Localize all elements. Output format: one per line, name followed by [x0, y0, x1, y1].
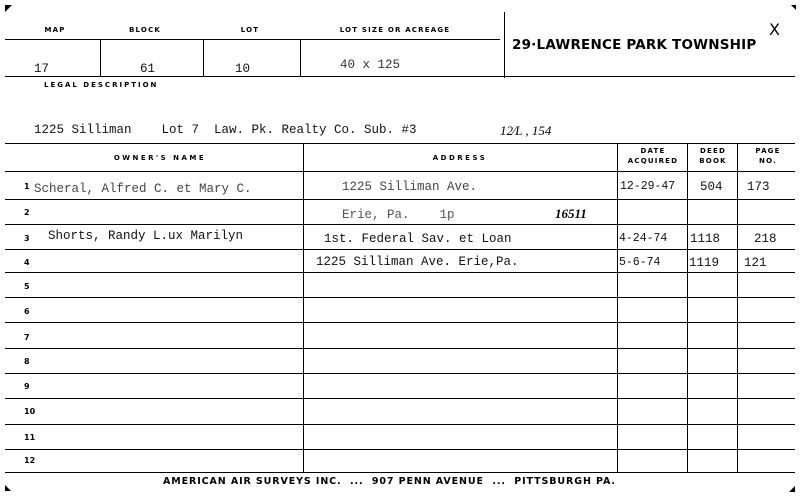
row-rule [5, 297, 795, 298]
lot-value: 10 [235, 62, 250, 76]
row-number: 10 [24, 407, 35, 416]
row-number: 12 [24, 456, 35, 465]
column-header-page-line1: PAGE [739, 146, 797, 156]
divider-lot-size [300, 40, 301, 76]
address-zip-note: 16511 [555, 206, 587, 222]
deed-book-cell: 504 [700, 180, 723, 194]
legal-description-text: 1225 Silliman Lot 7 Law. Pk. Realty Co. … [34, 123, 417, 137]
column-header-date-line2: ACQUIRED [619, 156, 687, 166]
row-rule [5, 249, 795, 250]
row-rule [5, 199, 795, 200]
col-divider-owner-address [303, 143, 304, 473]
row-number: 1 [24, 182, 30, 191]
divider-map-block [100, 40, 101, 76]
column-header-deed: DEED BOOK [689, 146, 737, 166]
row-rule [5, 348, 795, 349]
address-cell: Erie, Pa. 1p [342, 208, 455, 222]
row-number: 3 [24, 234, 30, 243]
table-top-rule [5, 143, 795, 144]
column-header-page-line2: NO. [739, 156, 797, 166]
handwritten-x-mark: X [769, 20, 780, 39]
header-bottom-rule [5, 76, 795, 77]
date-acquired-cell: 12-29-47 [620, 180, 675, 193]
row-number: 4 [24, 258, 30, 267]
lot-size-value: 40 x 125 [340, 58, 400, 72]
date-acquired-cell: 5-6-74 [619, 256, 660, 269]
row-rule [5, 373, 795, 374]
table-bottom-rule [5, 472, 795, 473]
divider-block-lot [203, 40, 204, 76]
address-cell: 1225 Silliman Ave. Erie,Pa. [316, 255, 519, 269]
label-lot: LOT [215, 26, 285, 34]
date-acquired-cell: 4-24-74 [619, 232, 667, 245]
row-rule [5, 424, 795, 425]
footer-publisher: AMERICAN AIR SURVEYS INC. ... 907 PENN A… [163, 476, 616, 487]
label-map: MAP [20, 26, 90, 34]
deed-book-cell: 1118 [690, 232, 720, 246]
page-no-cell: 218 [754, 232, 777, 246]
row-rule [5, 322, 795, 323]
row-number: 5 [24, 282, 30, 291]
corner-mark-bottom-left [5, 485, 11, 491]
page-no-cell: 121 [744, 256, 767, 270]
deed-book-cell: 1119 [689, 256, 719, 270]
legal-description-handwritten: 12⁄L , 154 [500, 123, 551, 139]
divider-township [504, 12, 505, 78]
owner-name-cell: Shorts, Randy L.ux Marilyn [48, 229, 243, 243]
column-header-address: ADDRESS [380, 154, 540, 162]
column-header-page: PAGE NO. [739, 146, 797, 166]
corner-mark-top-left [5, 5, 12, 12]
row-rule [5, 272, 795, 273]
column-header-date: DATE ACQUIRED [619, 146, 687, 166]
address-cell: 1225 Silliman Ave. [342, 180, 477, 194]
township-title: 29·LAWRENCE PARK TOWNSHIP [512, 37, 756, 53]
row-number: 8 [24, 357, 30, 366]
page-no-cell: 173 [747, 180, 770, 194]
row-number: 9 [24, 382, 30, 391]
column-header-date-line1: DATE [619, 146, 687, 156]
column-header-deed-line1: DEED [689, 146, 737, 156]
column-header-owner: OWNER'S NAME [60, 154, 260, 162]
row-number: 6 [24, 307, 30, 316]
col-divider-date-deed [687, 143, 688, 473]
label-lot-size: LOT SIZE OR ACREAGE [320, 26, 470, 34]
map-value: 17 [34, 62, 49, 76]
label-legal-description: LEGAL DESCRIPTION [44, 81, 158, 89]
address-cell: 1st. Federal Sav. et Loan [324, 232, 512, 246]
label-block: BLOCK [110, 26, 180, 34]
corner-mark-bottom-right [789, 486, 795, 492]
block-value: 61 [140, 62, 155, 76]
row-rule [5, 224, 795, 225]
table-header-rule [5, 171, 795, 172]
row-number: 7 [24, 333, 30, 342]
col-divider-deed-page [737, 143, 738, 473]
row-number: 11 [24, 433, 35, 442]
owner-name-cell: Scheral, Alfred C. et Mary C. [34, 182, 252, 196]
row-number: 2 [24, 208, 30, 217]
row-rule [5, 398, 795, 399]
header-label-rule [5, 39, 500, 40]
col-divider-address-date [617, 143, 618, 473]
row-rule [5, 449, 795, 450]
column-header-deed-line2: BOOK [689, 156, 737, 166]
corner-mark-top-right [791, 5, 796, 10]
